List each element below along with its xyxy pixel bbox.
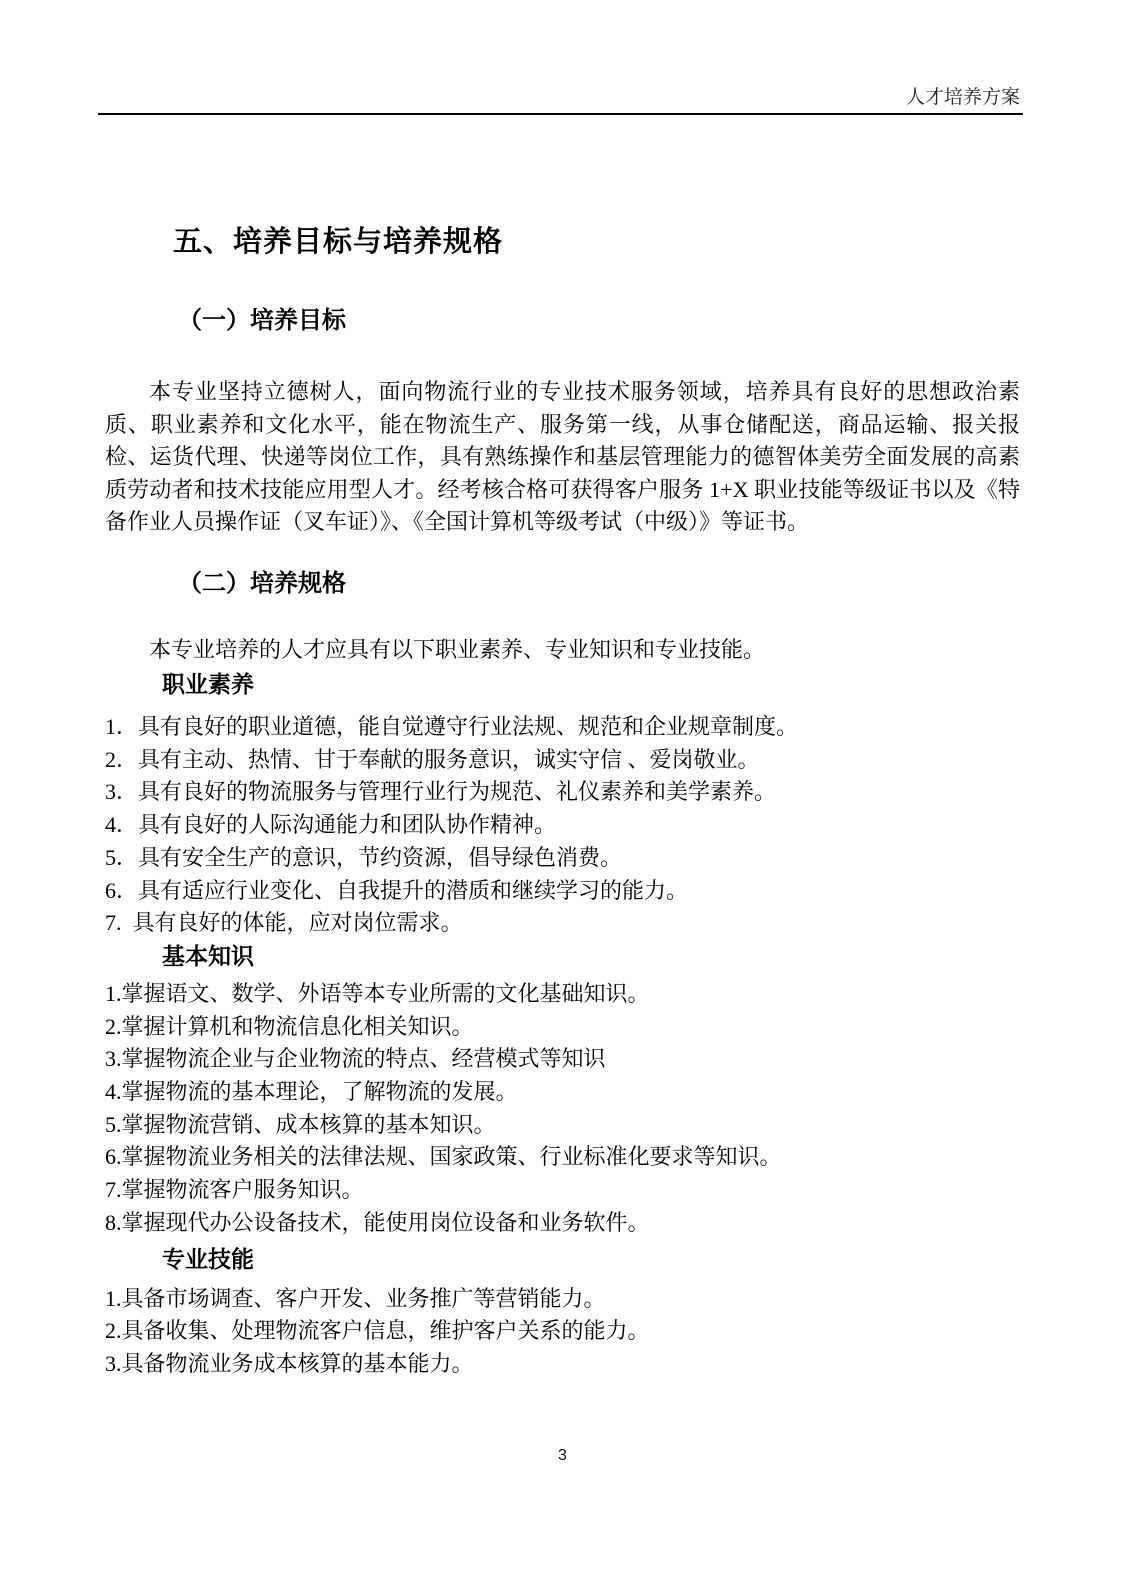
list-item: 2.具备收集、处理物流客户信息，维护客户关系的能力。: [105, 1315, 1020, 1348]
objective-paragraph: 本专业坚持立德树人，面向物流行业的专业技术服务领域，培养具有良好的思想政治素质、…: [105, 376, 1020, 539]
document-page: 人才培养方案 五、培养目标与培养规格 （一）培养目标 本专业坚持立德树人，面向物…: [0, 0, 1128, 1572]
doc-title: 五、培养目标与培养规格: [173, 225, 1020, 259]
section1-heading: （一）培养目标: [178, 306, 1020, 335]
list-item: 6．具有适应行业变化、自我提升的潜质和继续学习的能力。: [105, 875, 1020, 908]
header-divider: [98, 113, 1023, 115]
list-item: 7. 具有良好的体能，应对岗位需求。: [105, 907, 1020, 940]
knowledge-list: 1.掌握语文、数学、外语等本专业所需的文化基础知识。 2.掌握计算机和物流信息化…: [105, 978, 1020, 1240]
quality-list: 1．具有良好的职业道德，能自觉遵守行业法规、规范和企业规章制度。 2．具有主动、…: [105, 711, 1020, 940]
list-item: 5．具有安全生产的意识，节约资源，倡导绿色消费。: [105, 842, 1020, 875]
list-item: 8.掌握现代办公设备技术，能使用岗位设备和业务软件。: [105, 1207, 1020, 1240]
list-item: 4．具有良好的人际沟通能力和团队协作精神。: [105, 809, 1020, 842]
skills-heading: 专业技能: [162, 1247, 1020, 1272]
list-item: 3.具备物流业务成本核算的基本能力。: [105, 1348, 1020, 1381]
quality-heading: 职业素养: [162, 672, 1020, 697]
list-item: 3.掌握物流企业与企业物流的特点、经营模式等知识: [105, 1043, 1020, 1076]
list-item: 2.掌握计算机和物流信息化相关知识。: [105, 1011, 1020, 1044]
knowledge-heading: 基本知识: [162, 944, 1020, 969]
list-item: 6.掌握物流业务相关的法律法规、国家政策、行业标准化要求等知识。: [105, 1141, 1020, 1174]
list-item: 5.掌握物流营销、成本核算的基本知识。: [105, 1109, 1020, 1142]
list-item: 2．具有主动、热情、甘于奉献的服务意识，诚实守信 、爱岗敬业。: [105, 744, 1020, 777]
header-title: 人才培养方案: [105, 88, 1020, 108]
spec-intro-paragraph: 本专业培养的人才应具有以下职业素养、专业知识和专业技能。: [105, 634, 1020, 667]
page-number: 3: [105, 1446, 1020, 1466]
list-item: 4.掌握物流的基本理论，了解物流的发展。: [105, 1076, 1020, 1109]
list-item: 3．具有良好的物流服务与管理行业行为规范、礼仪素养和美学素养。: [105, 776, 1020, 809]
skills-list: 1.具备市场调查、客户开发、业务推广等营销能力。 2.具备收集、处理物流客户信息…: [105, 1283, 1020, 1381]
list-item: 1.具备市场调查、客户开发、业务推广等营销能力。: [105, 1283, 1020, 1316]
section2-heading: （二）培养规格: [178, 569, 1020, 598]
list-item: 1.掌握语文、数学、外语等本专业所需的文化基础知识。: [105, 978, 1020, 1011]
list-item: 1．具有良好的职业道德，能自觉遵守行业法规、规范和企业规章制度。: [105, 711, 1020, 744]
list-item: 7.掌握物流客户服务知识。: [105, 1174, 1020, 1207]
